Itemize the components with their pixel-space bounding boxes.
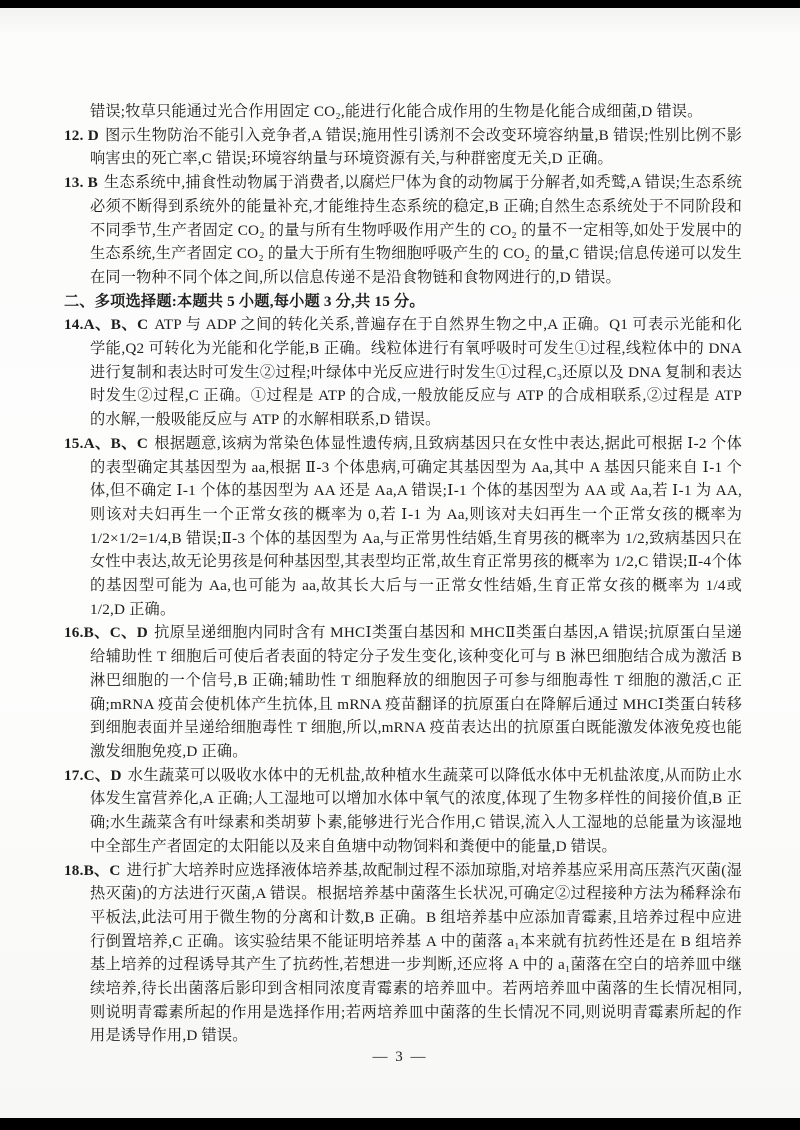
answer-item-text: 图示生物防治不能引入竞争者,A 错误;施用性引诱剂不会改变环境容纳量,B 错误;… [90,127,742,168]
answer-item: 16.B、C、D抗原呈递细胞内同时含有 MHCⅠ类蛋白基因和 MHCⅡ类蛋白基因… [64,621,742,763]
answer-item-label: 17.C、D [64,767,122,784]
answer-item: 14.A、B、CATP 与 ADP 之间的转化关系,普遍存在于自然界生物之中,A… [64,313,742,432]
answer-item: 15.A、B、C根据题意,该病为常染色体显性遗传病,且致病基因只在女性中表达,据… [64,432,742,622]
answer-item-text: 生态系统中,捕食性动物属于消费者,以腐烂尸体为食的动物属于分解者,如秃鹫,A 错… [90,174,742,286]
answer-item-label: 14.A、B、C [64,316,148,333]
answers-content: 错误;牧草只能通过光合作用固定 CO₂,能进行化能合成作用的生物是化能合成细菌,… [64,100,742,1048]
answer-key-page: 错误;牧草只能通过光合作用固定 CO₂,能进行化能合成作用的生物是化能合成细菌,… [0,8,800,1118]
answer-item: 12. D图示生物防治不能引入竞争者,A 错误;施用性引诱剂不会改变环境容纳量,… [64,124,742,171]
section-header: 二、多项选择题:本题共 5 小题,每小题 3 分,共 15 分。 [64,290,742,314]
answer-item-text: 进行扩大培养时应选择液体培养基,故配制过程不添加琼脂,对培养基应采用高压蒸汽灭菌… [90,862,742,1045]
answer-item-label: 18.B、C [64,862,121,879]
answer-item-text: 抗原呈递细胞内同时含有 MHCⅠ类蛋白基因和 MHCⅡ类蛋白基因,A 错误;抗原… [90,624,742,760]
answer-item: 13. B生态系统中,捕食性动物属于消费者,以腐烂尸体为食的动物属于分解者,如秃… [64,171,742,290]
answer-item-label: 12. D [64,127,99,144]
answer-item: 18.B、C进行扩大培养时应选择液体培养基,故配制过程不添加琼脂,对培养基应采用… [64,859,742,1049]
answer-item-text: 根据题意,该病为常染色体显性遗传病,且致病基因只在女性中表达,据此可根据 Ⅰ-2… [90,435,742,618]
answer-item-label: 16.B、C、D [64,624,148,641]
answer-item-text: 水生蔬菜可以吸收水体中的无机盐,故种植水生蔬菜可以降低水体中无机盐浓度,从而防止… [90,767,742,855]
answer-item-label: 13. B [64,174,98,191]
previous-answer-continuation: 错误;牧草只能通过光合作用固定 CO₂,能进行化能合成作用的生物是化能合成细菌,… [64,100,742,124]
page-number: — 3 — [0,1049,800,1066]
scan-background: 错误;牧草只能通过光合作用固定 CO₂,能进行化能合成作用的生物是化能合成细菌,… [0,0,800,1130]
answer-item: 17.C、D水生蔬菜可以吸收水体中的无机盐,故种植水生蔬菜可以降低水体中无机盐浓… [64,764,742,859]
answer-item-label: 15.A、B、C [64,435,148,452]
answer-item-text: ATP 与 ADP 之间的转化关系,普遍存在于自然界生物之中,A 正确。Q1 可… [90,316,742,428]
